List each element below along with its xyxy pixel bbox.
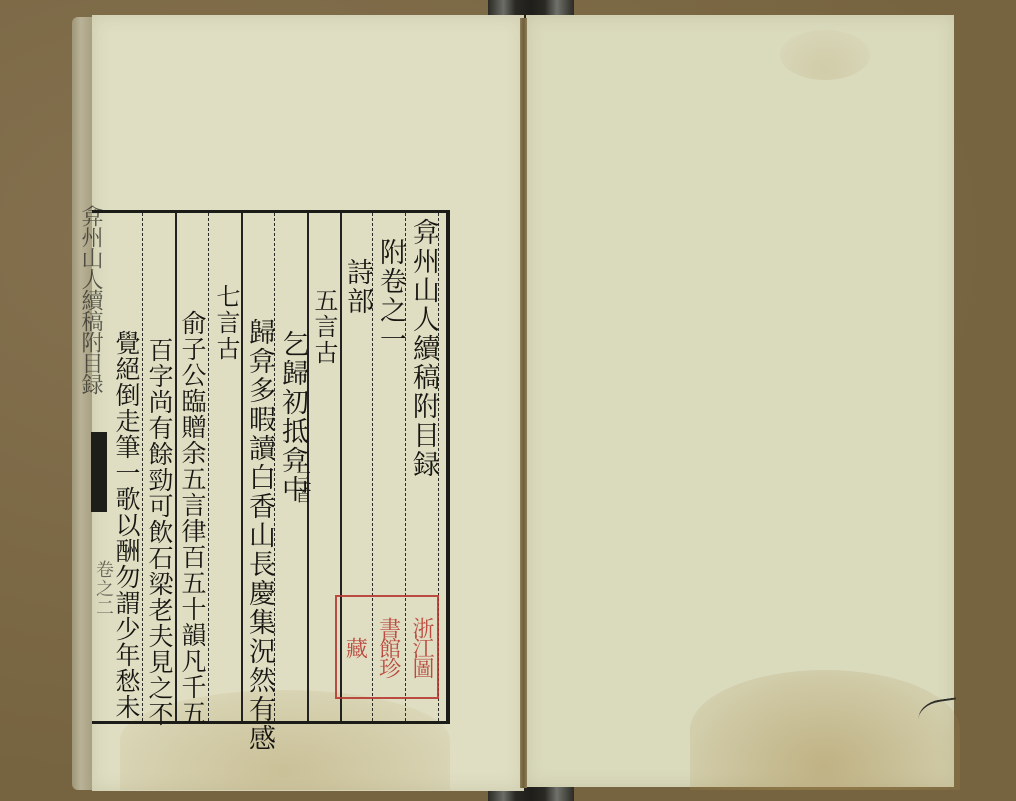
column-rule	[241, 213, 243, 721]
book-fore-edge	[72, 17, 94, 790]
seal-column: 藏	[337, 597, 370, 697]
entry-guiyan: 歸弇多暇讀白香山長慶集況然有感	[244, 318, 274, 753]
seal-column: 書館珍	[370, 597, 403, 697]
right-page	[526, 15, 954, 787]
section-heading: 詩部	[342, 258, 372, 316]
water-stain	[780, 30, 870, 80]
entry-continued-1: 百字尚有餘勁可飲石梁老夫見之不	[145, 337, 173, 727]
column-rule	[142, 213, 143, 721]
book-gutter	[520, 18, 527, 788]
genre-heading-qiyangu: 七言古	[211, 284, 241, 362]
column-rule	[175, 213, 177, 721]
entry-note-sanshou: 三首	[287, 470, 317, 504]
volume-heading: 附卷之一	[375, 238, 405, 354]
genre-heading-wuyangu: 五言古	[309, 288, 339, 366]
library-seal: 藏 書館珍 浙江圖	[335, 595, 439, 699]
column-rule	[208, 213, 209, 721]
seal-column: 浙江圖	[404, 597, 437, 697]
book-title: 弇州山人續稿附目録	[408, 218, 438, 479]
entry-yuzi: 俞子公臨贈余五言律百五十韻凡千五	[178, 310, 206, 726]
entry-continued-2: 覺絕倒走筆一歌以酬勿謂少年愁未	[112, 330, 140, 720]
